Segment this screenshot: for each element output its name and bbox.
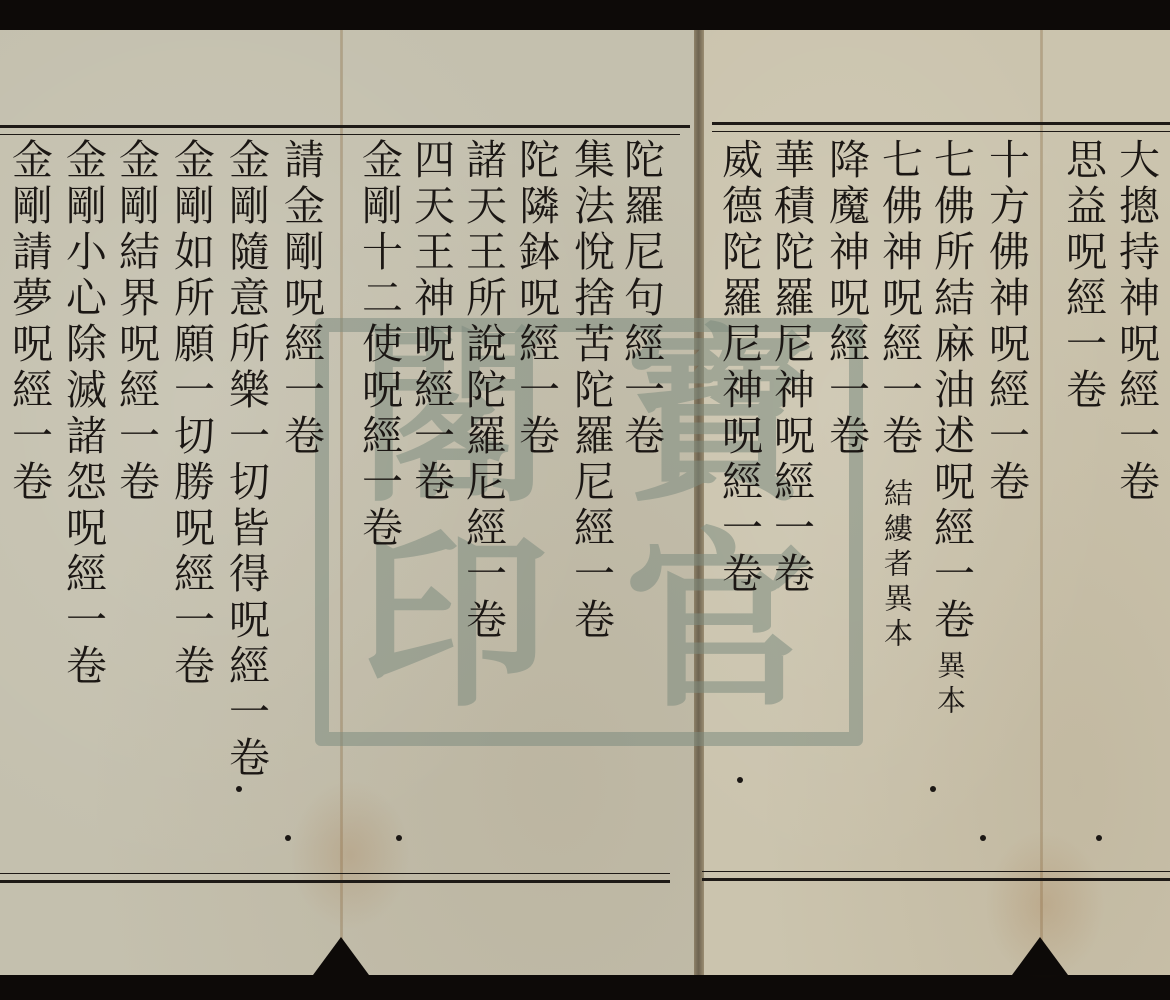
top-border-thick-left (0, 125, 690, 128)
text-column: 金剛小心除滅諸怨呪經一卷 (62, 138, 103, 690)
annotation-note: 異本 (935, 650, 964, 720)
ink-dot (737, 777, 743, 783)
text-column: 七佛神呪經一卷 (878, 138, 919, 460)
text-column: 請金剛呪經一卷 (280, 138, 321, 460)
text-column: 降魔神呪經一卷 (825, 138, 866, 460)
ink-dot (1096, 835, 1102, 841)
text-column: 四天王神呪經一卷 (410, 138, 451, 506)
ink-dot (980, 835, 986, 841)
ink-dot (930, 786, 936, 792)
text-column: 集法悅捨苦陀羅尼經一卷 (570, 138, 611, 644)
top-border-thick-right (712, 122, 1170, 125)
text-column: 金剛請夢呪經一卷 (8, 138, 49, 506)
text-column: 華積陀羅尼神呪經一卷 (770, 138, 811, 598)
ink-dot (396, 835, 402, 841)
water-stain (290, 780, 410, 930)
text-column: 大摠持神呪經一卷 (1115, 138, 1156, 506)
ink-dot (285, 835, 291, 841)
text-column: 金剛十二使呪經一卷 (358, 138, 399, 552)
bottom-border-thick-right (702, 878, 1170, 881)
text-column: 陀羅尼句經一卷 (620, 138, 661, 460)
bottom-border-thin-left (0, 873, 670, 874)
text-column: 陀隣鉢呪經一卷 (515, 138, 556, 460)
text-column: 金剛隨意所樂一切皆得呪經一卷 (225, 138, 266, 782)
annotation-note: 結縷者異本 (882, 478, 911, 653)
page-notch (313, 937, 369, 975)
seal-glyph: 印 (359, 527, 549, 717)
top-border-thin-right (712, 131, 1170, 132)
text-column: 金剛結界呪經一卷 (115, 138, 156, 506)
bottom-border-thick-left (0, 880, 670, 883)
text-column: 金剛如所願一切勝呪經一卷 (170, 138, 211, 690)
text-column: 十方佛神呪經一卷 (985, 138, 1026, 506)
text-column: 七佛所結麻油述呪經一卷 (930, 138, 971, 644)
ink-dot (236, 786, 242, 792)
bottom-border-thin-right (702, 871, 1170, 872)
text-column: 思益呪經一卷 (1062, 138, 1103, 414)
page-notch (1012, 937, 1068, 975)
top-border-thin-left (0, 134, 680, 135)
text-column: 威德陀羅尼神呪經一卷 (718, 138, 759, 598)
text-column: 諸天王所說陀羅尼經一卷 (462, 138, 503, 644)
